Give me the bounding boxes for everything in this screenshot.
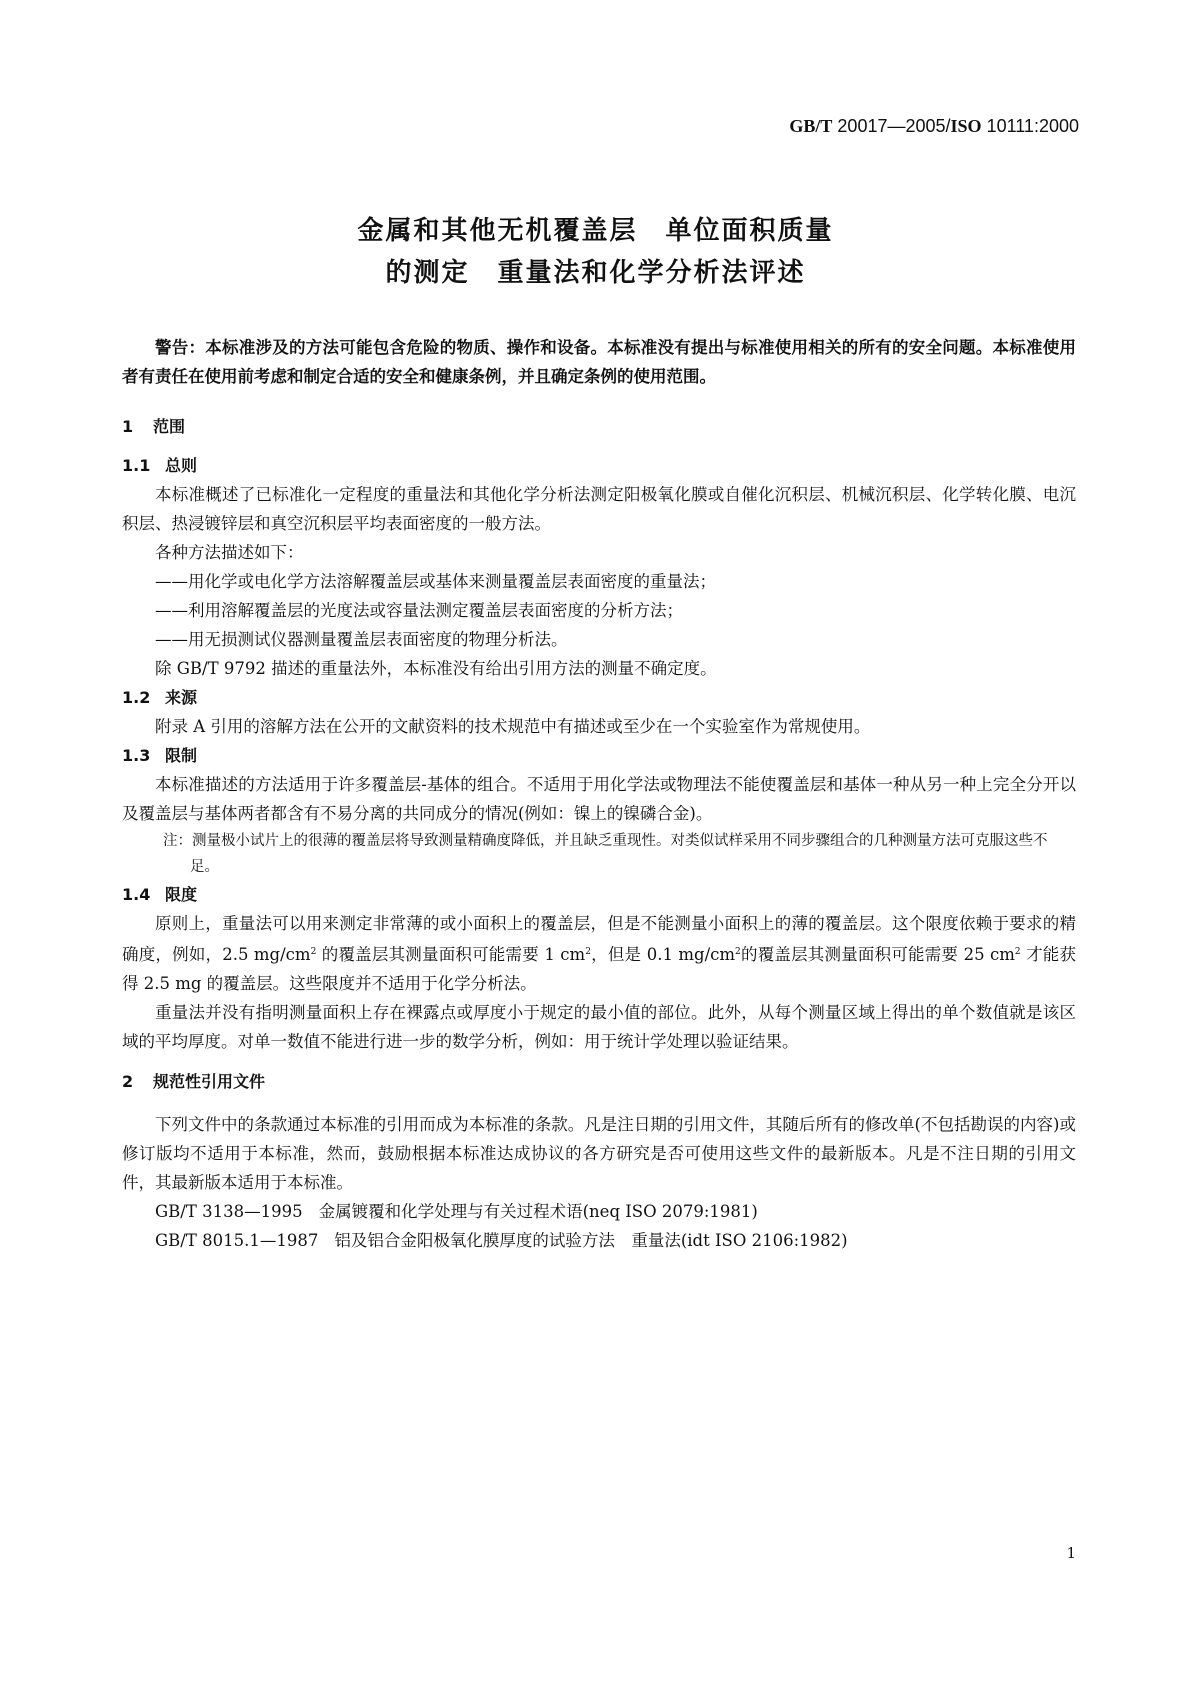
- section-1-heading: 1范围: [122, 413, 1076, 441]
- iso-number: 10111:2000: [982, 116, 1079, 136]
- reference-code: GB/T 8015.1—1987: [155, 1226, 318, 1255]
- list-item: ——用化学或电化学方法溶解覆盖层或基体来测量覆盖层表面密度的重量法；: [122, 567, 1076, 596]
- paragraph: 下列文件中的条款通过本标准的引用而成为本标准的条款。凡是注日期的引用文件，其随后…: [122, 1110, 1076, 1197]
- reference-item: GB/T 8015.1—1987铝及铝合金阳极氧化膜厚度的试验方法 重量法(id…: [122, 1226, 1076, 1255]
- paragraph: 各种方法描述如下：: [122, 538, 1076, 567]
- subsection-number: 1.3: [122, 741, 165, 770]
- subsection-number: 1.2: [122, 683, 165, 712]
- subsection-title: 限制: [165, 746, 197, 765]
- section-title: 范围: [153, 417, 185, 436]
- reference-title: 铝及铝合金阳极氧化膜厚度的试验方法 重量法(idt ISO 2106:1982): [334, 1231, 847, 1250]
- subsection-1-3-heading: 1.3限制: [122, 741, 1076, 770]
- document-title: 金属和其他无机覆盖层 单位面积质量 的测定 重量法和化学分析法评述: [0, 210, 1191, 294]
- subsection-title: 限度: [165, 885, 197, 904]
- text-run: 的覆盖层其测量面积可能需要 1 cm: [316, 945, 585, 964]
- subsection-1-1-heading: 1.1总则: [122, 451, 1076, 480]
- document-body: 警告：本标准涉及的方法可能包含危险的物质、操作和设备。本标准没有提出与标准使用相…: [122, 333, 1076, 1255]
- paragraph: 本标准描述的方法适用于许多覆盖层-基体的组合。不适用于用化学法或物理法不能使覆盖…: [122, 770, 1076, 828]
- text-run: 的覆盖层其测量面积可能需要 25 cm: [741, 945, 1015, 964]
- reference-title: 金属镀覆和化学处理与有关过程术语(neq ISO 2079:1981): [319, 1202, 758, 1221]
- title-line-1: 金属和其他无机覆盖层 单位面积质量: [0, 210, 1191, 252]
- standard-code-prefix: GB/T: [789, 116, 832, 136]
- title-line-2: 的测定 重量法和化学分析法评述: [0, 252, 1191, 294]
- page-number: 1: [1066, 1544, 1076, 1562]
- list-item: ——用无损测试仪器测量覆盖层表面密度的物理分析法。: [122, 625, 1076, 654]
- iso-prefix: ISO: [951, 116, 982, 136]
- list-item: ——利用溶解覆盖层的光度法或容量法测定覆盖层表面密度的分析方法；: [122, 596, 1076, 625]
- subsection-1-4-heading: 1.4限度: [122, 880, 1076, 909]
- section-title: 规范性引用文件: [153, 1072, 265, 1091]
- reference-code: GB/T 3138—1995: [155, 1197, 303, 1226]
- note: 注：测量极小试片上的很薄的覆盖层将导致测量精确度降低，并且缺乏重现性。对类似试样…: [122, 828, 1076, 880]
- subsection-1-2-heading: 1.2来源: [122, 683, 1076, 712]
- text-run: ，但是 0.1 mg/cm: [591, 945, 735, 964]
- section-number: 1: [122, 413, 153, 441]
- subsection-number: 1.1: [122, 451, 165, 480]
- paragraph: 附录 A 引用的溶解方法在公开的文献资料的技术规范中有描述或至少在一个实验室作为…: [122, 712, 1076, 741]
- subsection-number: 1.4: [122, 880, 165, 909]
- paragraph: 原则上，重量法可以用来测定非常薄的或小面积上的覆盖层，但是不能测量小面积上的薄的…: [122, 909, 1076, 998]
- warning-paragraph: 警告：本标准涉及的方法可能包含危险的物质、操作和设备。本标准没有提出与标准使用相…: [122, 333, 1076, 391]
- standard-code-number: 20017—2005/: [832, 116, 950, 136]
- reference-item: GB/T 3138—1995金属镀覆和化学处理与有关过程术语(neq ISO 2…: [122, 1197, 1076, 1226]
- section-number: 2: [122, 1068, 153, 1096]
- paragraph: 本标准概述了已标准化一定程度的重量法和其他化学分析法测定阳极氧化膜或自催化沉积层…: [122, 480, 1076, 538]
- standard-code: GB/T 20017—2005/ISO 10111:2000: [789, 116, 1079, 137]
- subsection-title: 总则: [165, 456, 197, 475]
- paragraph: 重量法并没有指明测量面积上存在裸露点或厚度小于规定的最小值的部位。此外，从每个测…: [122, 998, 1076, 1056]
- paragraph: 除 GB/T 9792 描述的重量法外，本标准没有给出引用方法的测量不确定度。: [122, 654, 1076, 683]
- section-2-heading: 2规范性引用文件: [122, 1068, 1076, 1096]
- subsection-title: 来源: [165, 688, 197, 707]
